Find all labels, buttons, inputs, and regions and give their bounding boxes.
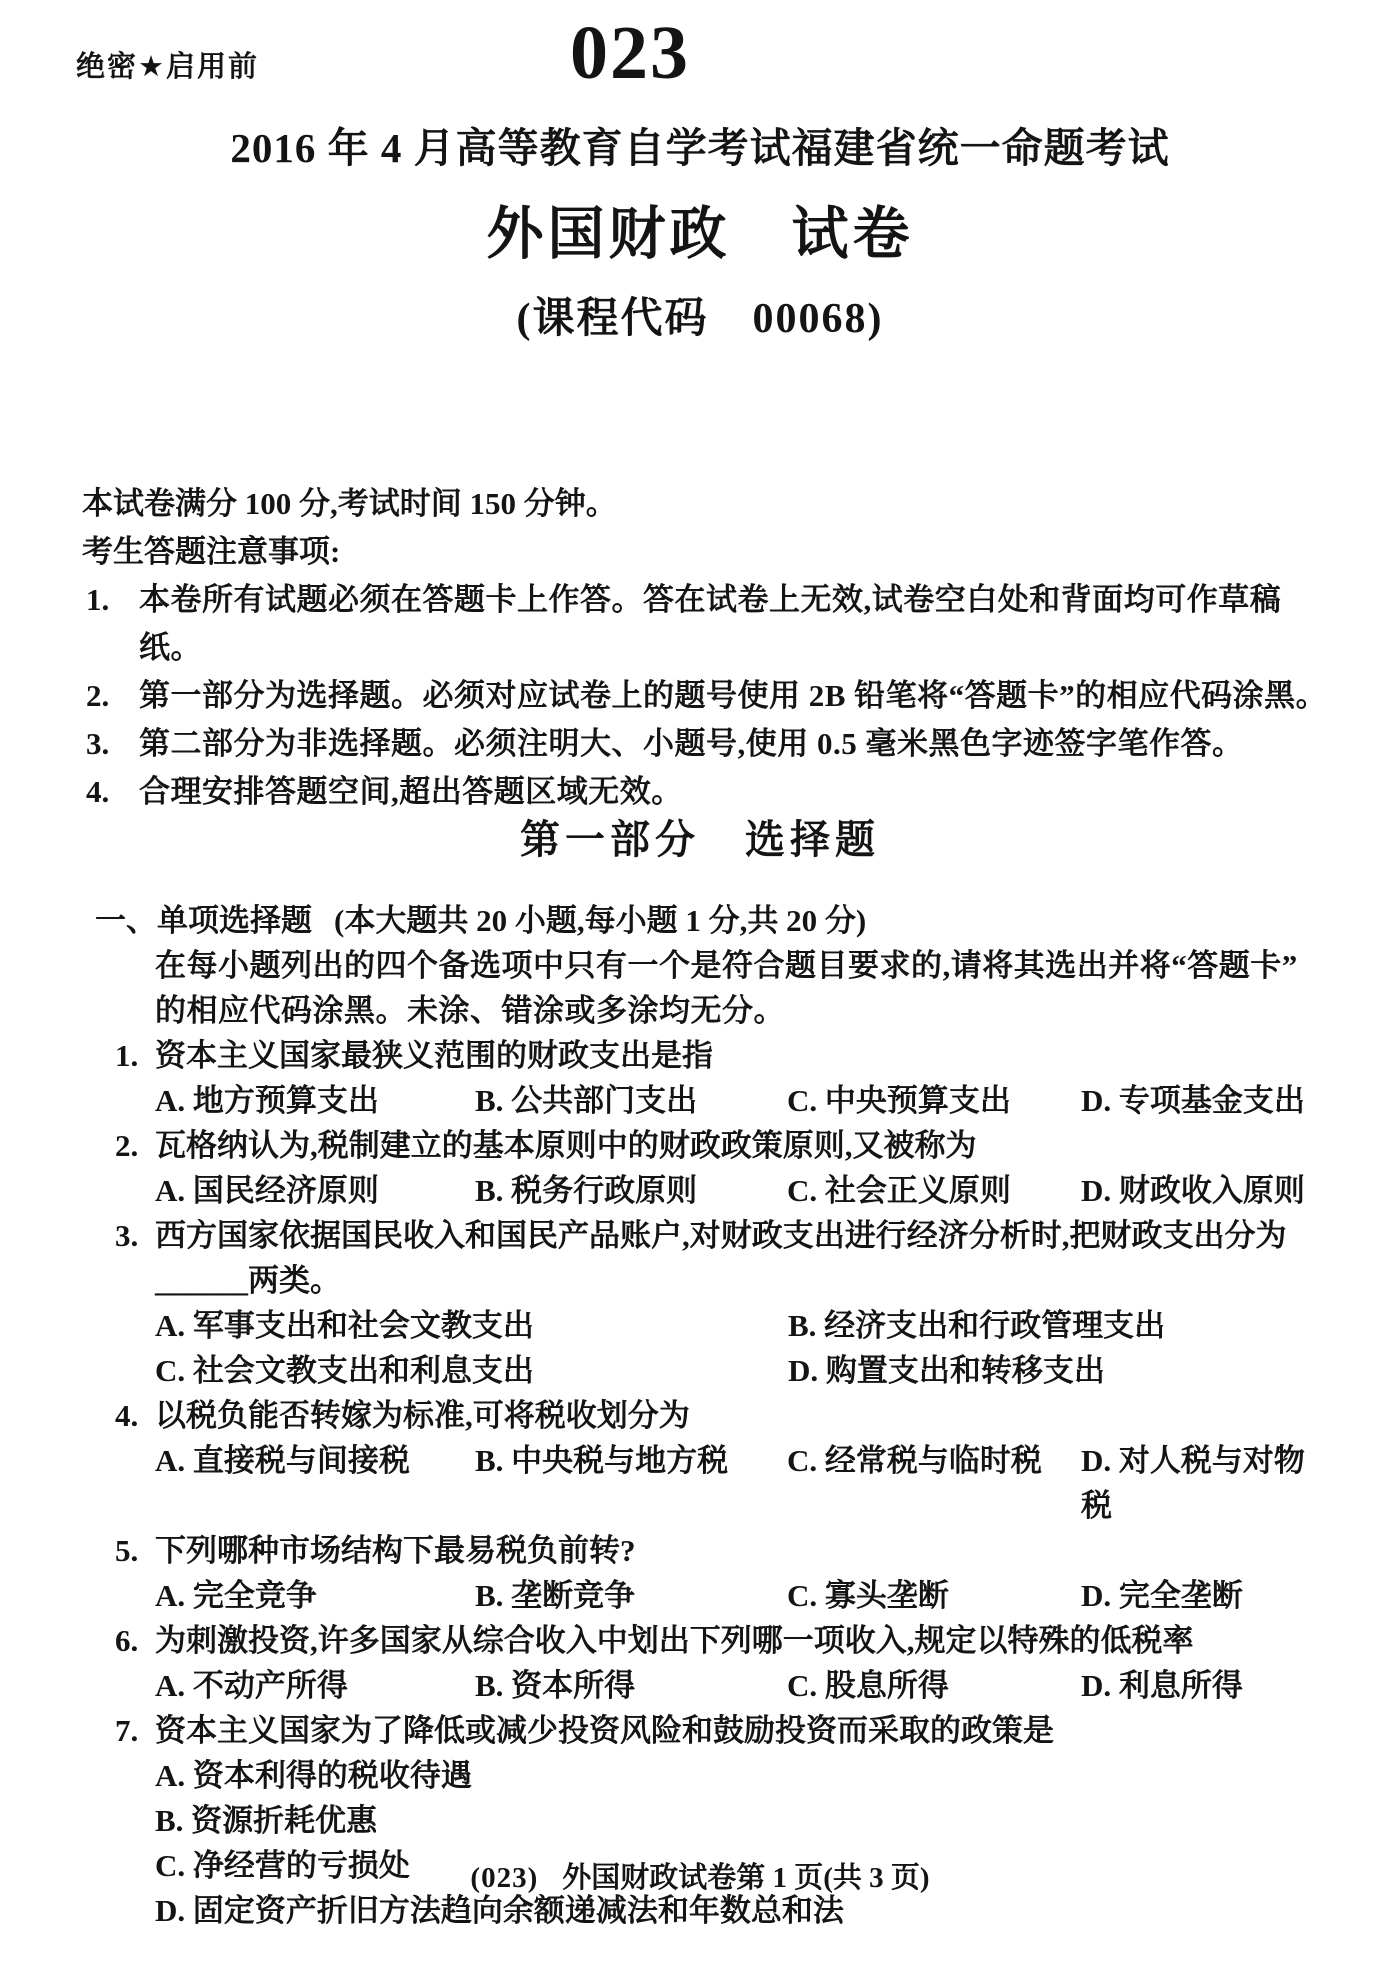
part1-heading: 第一部分 选择题 <box>70 816 1330 864</box>
question-options: A. 军事支出和社会文教支出 B. 经济支出和行政管理支出 C. 社会文教支出和… <box>70 1303 1330 1393</box>
question-options: A. 资本利得的税收待遇 B. 资源折耗优惠 C. 净经营的亏损处 D. 固定资… <box>70 1753 1330 1933</box>
option-c: C. 社会正义原则 <box>787 1168 1081 1213</box>
question-number: 3. <box>115 1213 155 1258</box>
question-options: A. 不动产所得 B. 资本所得 C. 股息所得 D. 利息所得 <box>70 1663 1330 1708</box>
notice-item-3: 3. 第二部分为非选择题。必须注明大、小题号,使用 0.5 毫米黑色字迹签字笔作… <box>70 720 1330 768</box>
question-3: 3. 西方国家依据国民收入和国民产品账户,对财政支出进行经济分析时,把财政支出分… <box>70 1213 1330 1393</box>
notice-text: 第一部分为选择题。必须对应试卷上的题号使用 2B 铅笔将“答题卡”的相应代码涂黑… <box>139 672 1330 720</box>
option-d: D. 利息所得 <box>1081 1663 1330 1708</box>
notice-number: 4. <box>86 768 139 816</box>
option-c: C. 经常税与临时税 <box>787 1438 1081 1528</box>
exam-paper-page: 绝密★启用前 023 2016 年 4 月高等教育自学考试福建省统一命题考试 外… <box>0 0 1400 1971</box>
footer-page-label: 外国财政试卷第 1 页(共 3 页) <box>562 1862 929 1894</box>
section-title-line: 一、单项选择题 (本大题共 20 小题,每小题 1 分,共 20 分) <box>70 898 1330 943</box>
question-number: 1. <box>115 1033 155 1078</box>
option-d: D. 购置支出和转移支出 <box>788 1348 1330 1393</box>
section-instruction-line2: 的相应代码涂黑。未涂、错涂或多涂均无分。 <box>70 988 1330 1033</box>
notice-block: 本试卷满分 100 分,考试时间 150 分钟。 考生答题注意事项: 1. 本卷… <box>70 480 1330 816</box>
notice-number: 1. <box>86 576 139 672</box>
question-stem: 3. 西方国家依据国民收入和国民产品账户,对财政支出进行经济分析时,把财政支出分… <box>70 1213 1330 1258</box>
question-stem-text: 资本主义国家为了降低或减少投资风险和鼓励投资而采取的政策是 <box>155 1708 1054 1753</box>
question-number: 7. <box>115 1708 155 1753</box>
footer-paper-code: (023) <box>470 1862 538 1894</box>
question-options: A. 地方预算支出 B. 公共部门支出 C. 中央预算支出 D. 专项基金支出 <box>70 1078 1330 1123</box>
question-stem-text: 资本主义国家最狭义范围的财政支出是指 <box>155 1033 713 1078</box>
notice-text: 本卷所有试题必须在答题卡上作答。答在试卷上无效,试卷空白处和背面均可作草稿纸。 <box>139 576 1330 672</box>
option-b: B. 税务行政原则 <box>475 1168 787 1213</box>
question-5: 5. 下列哪种市场结构下最易税负前转? A. 完全竞争 B. 垄断竞争 C. 寡… <box>70 1528 1330 1618</box>
question-stem: 2. 瓦格纳认为,税制建立的基本原则中的财政政策原则,又被称为 <box>70 1123 1330 1168</box>
question-stem: 1. 资本主义国家最狭义范围的财政支出是指 <box>70 1033 1330 1078</box>
question-7: 7. 资本主义国家为了降低或减少投资风险和鼓励投资而采取的政策是 A. 资本利得… <box>70 1708 1330 1933</box>
question-2: 2. 瓦格纳认为,税制建立的基本原则中的财政政策原则,又被称为 A. 国民经济原… <box>70 1123 1330 1213</box>
notice-title: 考生答题注意事项: <box>70 528 1330 576</box>
notice-number: 2. <box>86 672 139 720</box>
option-b: B. 公共部门支出 <box>475 1078 787 1123</box>
question-stem: 5. 下列哪种市场结构下最易税负前转? <box>70 1528 1330 1573</box>
notice-text: 合理安排答题空间,超出答题区域无效。 <box>139 768 1330 816</box>
page-content: 2016 年 4 月高等教育自学考试福建省统一命题考试 外国财政 试卷 (课程代… <box>0 0 1400 1933</box>
option-b: B. 资本所得 <box>475 1663 787 1708</box>
option-c: C. 社会文教支出和利息支出 <box>155 1348 788 1393</box>
question-options: A. 直接税与间接税 B. 中央税与地方税 C. 经常税与临时税 D. 对人税与… <box>70 1438 1330 1528</box>
option-a: A. 直接税与间接税 <box>155 1438 475 1528</box>
course-code: (课程代码 00068) <box>70 294 1330 344</box>
option-b: B. 垄断竞争 <box>475 1573 787 1618</box>
notice-text: 第二部分为非选择题。必须注明大、小题号,使用 0.5 毫米黑色字迹签字笔作答。 <box>139 720 1330 768</box>
option-c: C. 中央预算支出 <box>787 1078 1081 1123</box>
option-c: C. 股息所得 <box>787 1663 1081 1708</box>
option-a: A. 国民经济原则 <box>155 1168 475 1213</box>
option-d: D. 完全垄断 <box>1081 1573 1330 1618</box>
option-c: C. 寡头垄断 <box>787 1573 1081 1618</box>
question-options: A. 国民经济原则 B. 税务行政原则 C. 社会正义原则 D. 财政收入原则 <box>70 1168 1330 1213</box>
question-stem-text: 为刺激投资,许多国家从综合收入中划出下列哪一项收入,规定以特殊的低税率 <box>155 1618 1194 1663</box>
option-a: A. 地方预算支出 <box>155 1078 475 1123</box>
option-a: A. 完全竞争 <box>155 1573 475 1618</box>
question-stem-text: 以税负能否转嫁为标准,可将税收划分为 <box>155 1393 690 1438</box>
question-1: 1. 资本主义国家最狭义范围的财政支出是指 A. 地方预算支出 B. 公共部门支… <box>70 1033 1330 1123</box>
option-d: D. 财政收入原则 <box>1081 1168 1330 1213</box>
title-block: 2016 年 4 月高等教育自学考试福建省统一命题考试 外国财政 试卷 (课程代… <box>70 0 1330 344</box>
question-stem-text: 西方国家依据国民收入和国民产品账户,对财政支出进行经济分析时,把财政支出分为 <box>155 1213 1287 1258</box>
notice-item-1: 1. 本卷所有试题必须在答题卡上作答。答在试卷上无效,试卷空白处和背面均可作草稿… <box>70 576 1330 672</box>
option-a: A. 军事支出和社会文教支出 <box>155 1303 788 1348</box>
question-stem: 7. 资本主义国家为了降低或减少投资风险和鼓励投资而采取的政策是 <box>70 1708 1330 1753</box>
notice-item-2: 2. 第一部分为选择题。必须对应试卷上的题号使用 2B 铅笔将“答题卡”的相应代… <box>70 672 1330 720</box>
score-summary: 本试卷满分 100 分,考试时间 150 分钟。 <box>70 480 1330 528</box>
page-footer: (023)外国财政试卷第 1 页(共 3 页) <box>70 1858 1330 1898</box>
option-b: B. 经济支出和行政管理支出 <box>788 1303 1330 1348</box>
question-number: 4. <box>115 1393 155 1438</box>
section-note: (本大题共 20 小题,每小题 1 分,共 20 分) <box>334 898 866 943</box>
question-stem-continuation: ______两类。 <box>70 1258 1330 1303</box>
option-d: D. 对人税与对物税 <box>1081 1438 1330 1528</box>
question-6: 6. 为刺激投资,许多国家从综合收入中划出下列哪一项收入,规定以特殊的低税率 A… <box>70 1618 1330 1708</box>
option-a: A. 资本利得的税收待遇 <box>155 1753 1330 1798</box>
question-4: 4. 以税负能否转嫁为标准,可将税收划分为 A. 直接税与间接税 B. 中央税与… <box>70 1393 1330 1528</box>
question-stem: 4. 以税负能否转嫁为标准,可将税收划分为 <box>70 1393 1330 1438</box>
exam-session-title: 2016 年 4 月高等教育自学考试福建省统一命题考试 <box>70 122 1330 174</box>
section-title: 一、单项选择题 <box>95 898 312 943</box>
question-stem-text: 瓦格纳认为,税制建立的基本原则中的财政政策原则,又被称为 <box>155 1123 977 1168</box>
question-stem: 6. 为刺激投资,许多国家从综合收入中划出下列哪一项收入,规定以特殊的低税率 <box>70 1618 1330 1663</box>
section-instruction-line1: 在每小题列出的四个备选项中只有一个是符合题目要求的,请将其选出并将“答题卡” <box>70 943 1330 988</box>
question-number: 6. <box>115 1618 155 1663</box>
option-b: B. 资源折耗优惠 <box>155 1798 1330 1843</box>
option-a: A. 不动产所得 <box>155 1663 475 1708</box>
notice-number: 3. <box>86 720 139 768</box>
question-stem-text: 下列哪种市场结构下最易税负前转? <box>155 1528 636 1573</box>
question-number: 2. <box>115 1123 155 1168</box>
notice-item-4: 4. 合理安排答题空间,超出答题区域无效。 <box>70 768 1330 816</box>
paper-title: 外国财政 试卷 <box>70 204 1330 266</box>
question-options: A. 完全竞争 B. 垄断竞争 C. 寡头垄断 D. 完全垄断 <box>70 1573 1330 1618</box>
question-number: 5. <box>115 1528 155 1573</box>
option-d: D. 专项基金支出 <box>1081 1078 1330 1123</box>
option-b: B. 中央税与地方税 <box>475 1438 787 1528</box>
